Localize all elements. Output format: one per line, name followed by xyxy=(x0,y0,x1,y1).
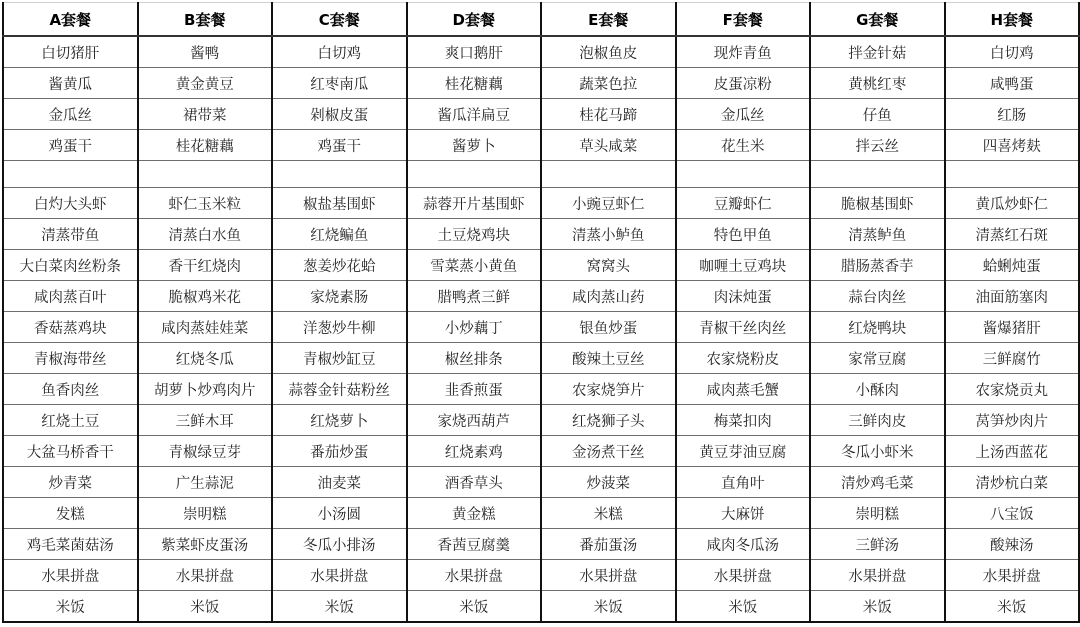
menu-cell-a[interactable]: 大白菜肉丝粉条 xyxy=(3,250,138,281)
menu-cell-e[interactable]: 农家烧笋片 xyxy=(541,374,676,405)
menu-cell-f[interactable]: 直角叶 xyxy=(676,467,811,498)
menu-cell-g[interactable]: 蒜台肉丝 xyxy=(810,281,945,312)
menu-cell-f[interactable]: 米饭 xyxy=(676,591,811,623)
menu-cell-e[interactable]: 窝窝头 xyxy=(541,250,676,281)
table-row: 白切猪肝酱鸭白切鸡爽口鹅肝泡椒鱼皮现炸青鱼拌金针菇白切鸡 xyxy=(3,36,1079,68)
table-row: 青椒海带丝红烧冬瓜青椒炒缸豆椒丝排条酸辣土豆丝农家烧粉皮家常豆腐三鲜腐竹 xyxy=(3,343,1079,374)
menu-cell-g[interactable]: 米饭 xyxy=(810,591,945,623)
menu-cell-e[interactable]: 泡椒鱼皮 xyxy=(541,36,676,68)
menu-cell-c[interactable]: 小汤圆 xyxy=(272,498,407,529)
menu-cell-g[interactable]: 小酥肉 xyxy=(810,374,945,405)
menu-cell-h[interactable]: 水果拼盘 xyxy=(945,560,1080,591)
menu-cell-b[interactable]: 水果拼盘 xyxy=(138,560,273,591)
menu-cell-f[interactable]: 咸肉冬瓜汤 xyxy=(676,529,811,560)
menu-cell-d[interactable]: 红烧素鸡 xyxy=(407,436,542,467)
menu-cell-h[interactable]: 四喜烤麸 xyxy=(945,130,1080,161)
menu-cell-b[interactable]: 三鲜木耳 xyxy=(138,405,273,436)
menu-cell-h[interactable]: 油面筋塞肉 xyxy=(945,281,1080,312)
menu-cell-b[interactable]: 胡萝卜炒鸡肉片 xyxy=(138,374,273,405)
menu-cell-f[interactable]: 黄豆芽油豆腐 xyxy=(676,436,811,467)
menu-cell-h[interactable]: 蛤蜊炖蛋 xyxy=(945,250,1080,281)
menu-cell-e[interactable]: 酸辣土豆丝 xyxy=(541,343,676,374)
table-row: 水果拼盘水果拼盘水果拼盘水果拼盘水果拼盘水果拼盘水果拼盘水果拼盘 xyxy=(3,560,1079,591)
menu-cell-b[interactable]: 米饭 xyxy=(138,591,273,623)
menu-cell-g[interactable]: 三鲜汤 xyxy=(810,529,945,560)
menu-cell-g[interactable]: 腊肠蒸香芋 xyxy=(810,250,945,281)
header-cell-g[interactable]: G套餐 xyxy=(810,3,945,37)
menu-cell-f[interactable]: 咸肉蒸毛蟹 xyxy=(676,374,811,405)
menu-cell-e[interactable]: 桂花马蹄 xyxy=(541,99,676,130)
menu-cell-g[interactable]: 家常豆腐 xyxy=(810,343,945,374)
menu-cell-g[interactable]: 冬瓜小虾米 xyxy=(810,436,945,467)
table-row: 发糕崇明糕小汤圆黄金糕米糕大麻饼崇明糕八宝饭 xyxy=(3,498,1079,529)
table-row: 清蒸带鱼清蒸白水鱼红烧鳊鱼土豆烧鸡块清蒸小鲈鱼特色甲鱼清蒸鲈鱼清蒸红石斑 xyxy=(3,219,1079,250)
menu-cell-d[interactable]: 土豆烧鸡块 xyxy=(407,219,542,250)
table-row: 香菇蒸鸡块咸肉蒸娃娃菜洋葱炒牛柳小炒藕丁银鱼炒蛋青椒干丝肉丝红烧鸭块酱爆猪肝 xyxy=(3,312,1079,343)
table-row: 白灼大头虾虾仁玉米粒椒盐基围虾蒜蓉开片基围虾小豌豆虾仁豆瓣虾仁脆椒基围虾黄瓜炒虾… xyxy=(3,188,1079,219)
menu-cell-h[interactable]: 黄瓜炒虾仁 xyxy=(945,188,1080,219)
menu-cell-f[interactable] xyxy=(676,161,811,188)
table-row: 红烧土豆三鲜木耳红烧萝卜家烧西葫芦红烧狮子头梅菜扣肉三鲜肉皮莴笋炒肉片 xyxy=(3,405,1079,436)
menu-cell-d[interactable]: 蒜蓉开片基围虾 xyxy=(407,188,542,219)
menu-cell-a[interactable]: 米饭 xyxy=(3,591,138,623)
menu-cell-a[interactable]: 青椒海带丝 xyxy=(3,343,138,374)
menu-cell-c[interactable]: 青椒炒缸豆 xyxy=(272,343,407,374)
menu-cell-e[interactable]: 咸肉蒸山药 xyxy=(541,281,676,312)
menu-cell-b[interactable]: 香干红烧肉 xyxy=(138,250,273,281)
menu-cell-b[interactable]: 清蒸白水鱼 xyxy=(138,219,273,250)
menu-cell-g[interactable] xyxy=(810,161,945,188)
menu-cell-g[interactable]: 拌云丝 xyxy=(810,130,945,161)
table-row xyxy=(3,161,1079,188)
table-row: 炒青菜广生蒜泥油麦菜酒香草头炒菠菜直角叶清炒鸡毛菜清炒杭白菜 xyxy=(3,467,1079,498)
menu-cell-b[interactable]: 紫菜虾皮蛋汤 xyxy=(138,529,273,560)
menu-cell-h[interactable]: 农家烧贡丸 xyxy=(945,374,1080,405)
menu-cell-g[interactable]: 拌金针菇 xyxy=(810,36,945,68)
menu-cell-d[interactable]: 水果拼盘 xyxy=(407,560,542,591)
menu-cell-h[interactable]: 三鲜腐竹 xyxy=(945,343,1080,374)
spreadsheet-view: A套餐 B套餐 C套餐 D套餐 E套餐 F套餐 G套餐 H套餐 白切猪肝酱鸭白切… xyxy=(0,0,1080,627)
menu-cell-f[interactable]: 咖喱土豆鸡块 xyxy=(676,250,811,281)
menu-cell-f[interactable]: 豆瓣虾仁 xyxy=(676,188,811,219)
menu-cell-f[interactable]: 农家烧粉皮 xyxy=(676,343,811,374)
menu-cell-a[interactable]: 白灼大头虾 xyxy=(3,188,138,219)
menu-cell-f[interactable]: 梅菜扣肉 xyxy=(676,405,811,436)
menu-cell-b[interactable]: 脆椒鸡米花 xyxy=(138,281,273,312)
menu-cell-c[interactable]: 白切鸡 xyxy=(272,36,407,68)
menu-cell-d[interactable]: 香茜豆腐羹 xyxy=(407,529,542,560)
menu-cell-b[interactable]: 黄金黄豆 xyxy=(138,68,273,99)
header-cell-a[interactable]: A套餐 xyxy=(3,3,138,37)
menu-cell-e[interactable]: 蔬菜色拉 xyxy=(541,68,676,99)
menu-cell-d[interactable]: 雪菜蒸小黄鱼 xyxy=(407,250,542,281)
menu-cell-g[interactable]: 崇明糕 xyxy=(810,498,945,529)
menu-cell-a[interactable]: 红烧土豆 xyxy=(3,405,138,436)
menu-cell-e[interactable]: 草头咸菜 xyxy=(541,130,676,161)
menu-cell-f[interactable]: 肉沫炖蛋 xyxy=(676,281,811,312)
menu-cell-g[interactable]: 黄桃红枣 xyxy=(810,68,945,99)
menu-cell-e[interactable]: 水果拼盘 xyxy=(541,560,676,591)
menu-cell-h[interactable]: 白切鸡 xyxy=(945,36,1080,68)
menu-cell-g[interactable]: 清炒鸡毛菜 xyxy=(810,467,945,498)
menu-cell-e[interactable] xyxy=(541,161,676,188)
menu-cell-c[interactable]: 米饭 xyxy=(272,591,407,623)
menu-cell-g[interactable]: 仔鱼 xyxy=(810,99,945,130)
menu-cell-c[interactable]: 油麦菜 xyxy=(272,467,407,498)
menu-cell-d[interactable]: 桂花糖藕 xyxy=(407,68,542,99)
menu-cell-e[interactable]: 番茄蛋汤 xyxy=(541,529,676,560)
menu-cell-d[interactable]: 家烧西葫芦 xyxy=(407,405,542,436)
menu-cell-d[interactable]: 米饭 xyxy=(407,591,542,623)
menu-cell-b[interactable]: 青椒绿豆芽 xyxy=(138,436,273,467)
menu-cell-b[interactable] xyxy=(138,161,273,188)
menu-cell-h[interactable]: 红肠 xyxy=(945,99,1080,130)
menu-cell-e[interactable]: 米糕 xyxy=(541,498,676,529)
menu-cell-f[interactable]: 现炸青鱼 xyxy=(676,36,811,68)
menu-cell-c[interactable] xyxy=(272,161,407,188)
menu-cell-f[interactable]: 青椒干丝肉丝 xyxy=(676,312,811,343)
table-row: 鸡蛋干桂花糖藕鸡蛋干酱萝卜草头咸菜花生米拌云丝四喜烤麸 xyxy=(3,130,1079,161)
menu-cell-f[interactable]: 花生米 xyxy=(676,130,811,161)
menu-cell-d[interactable]: 小炒藕丁 xyxy=(407,312,542,343)
menu-cell-h[interactable]: 上汤西蓝花 xyxy=(945,436,1080,467)
menu-cell-a[interactable]: 香菇蒸鸡块 xyxy=(3,312,138,343)
menu-cell-b[interactable]: 桂花糖藕 xyxy=(138,130,273,161)
menu-cell-a[interactable]: 大盆马桥香干 xyxy=(3,436,138,467)
menu-cell-a[interactable]: 金瓜丝 xyxy=(3,99,138,130)
menu-cell-c[interactable]: 鸡蛋干 xyxy=(272,130,407,161)
header-cell-e[interactable]: E套餐 xyxy=(541,3,676,37)
menu-cell-d[interactable]: 爽口鹅肝 xyxy=(407,36,542,68)
menu-cell-d[interactable]: 酒香草头 xyxy=(407,467,542,498)
menu-cell-a[interactable]: 鱼香肉丝 xyxy=(3,374,138,405)
menu-cell-c[interactable]: 蒜蓉金针菇粉丝 xyxy=(272,374,407,405)
header-cell-b[interactable]: B套餐 xyxy=(138,3,273,37)
menu-cell-f[interactable]: 特色甲鱼 xyxy=(676,219,811,250)
table-body: 白切猪肝酱鸭白切鸡爽口鹅肝泡椒鱼皮现炸青鱼拌金针菇白切鸡酱黄瓜黄金黄豆红枣南瓜桂… xyxy=(3,36,1079,622)
menu-cell-d[interactable]: 椒丝排条 xyxy=(407,343,542,374)
menu-cell-c[interactable]: 剁椒皮蛋 xyxy=(272,99,407,130)
menu-cell-d[interactable]: 黄金糕 xyxy=(407,498,542,529)
menu-cell-g[interactable]: 脆椒基围虾 xyxy=(810,188,945,219)
menu-cell-a[interactable]: 咸肉蒸百叶 xyxy=(3,281,138,312)
menu-cell-c[interactable]: 水果拼盘 xyxy=(272,560,407,591)
menu-cell-g[interactable]: 红烧鸭块 xyxy=(810,312,945,343)
menu-cell-c[interactable]: 红烧萝卜 xyxy=(272,405,407,436)
menu-cell-d[interactable]: 酱萝卜 xyxy=(407,130,542,161)
table-row: 鸡毛菜菌菇汤紫菜虾皮蛋汤冬瓜小排汤香茜豆腐羹番茄蛋汤咸肉冬瓜汤三鲜汤酸辣汤 xyxy=(3,529,1079,560)
menu-cell-b[interactable]: 裙带菜 xyxy=(138,99,273,130)
menu-cell-a[interactable]: 鸡蛋干 xyxy=(3,130,138,161)
menu-cell-g[interactable]: 水果拼盘 xyxy=(810,560,945,591)
menu-cell-a[interactable] xyxy=(3,161,138,188)
menu-cell-b[interactable]: 广生蒜泥 xyxy=(138,467,273,498)
menu-cell-c[interactable]: 红枣南瓜 xyxy=(272,68,407,99)
menu-cell-c[interactable]: 番茄炒蛋 xyxy=(272,436,407,467)
menu-cell-b[interactable]: 虾仁玉米粒 xyxy=(138,188,273,219)
menu-cell-f[interactable]: 金瓜丝 xyxy=(676,99,811,130)
menu-cell-e[interactable]: 炒菠菜 xyxy=(541,467,676,498)
menu-cell-h[interactable]: 莴笋炒肉片 xyxy=(945,405,1080,436)
set-menu-table: A套餐 B套餐 C套餐 D套餐 E套餐 F套餐 G套餐 H套餐 白切猪肝酱鸭白切… xyxy=(2,2,1080,623)
menu-cell-c[interactable]: 红烧鳊鱼 xyxy=(272,219,407,250)
menu-cell-c[interactable]: 椒盐基围虾 xyxy=(272,188,407,219)
menu-cell-g[interactable]: 三鲜肉皮 xyxy=(810,405,945,436)
menu-cell-e[interactable]: 清蒸小鲈鱼 xyxy=(541,219,676,250)
menu-cell-e[interactable]: 银鱼炒蛋 xyxy=(541,312,676,343)
menu-cell-d[interactable]: 酱瓜洋扁豆 xyxy=(407,99,542,130)
menu-cell-d[interactable] xyxy=(407,161,542,188)
table-row: 大白菜肉丝粉条香干红烧肉葱姜炒花蛤雪菜蒸小黄鱼窝窝头咖喱土豆鸡块腊肠蒸香芋蛤蜊炖… xyxy=(3,250,1079,281)
table-row: 大盆马桥香干青椒绿豆芽番茄炒蛋红烧素鸡金汤煮干丝黄豆芽油豆腐冬瓜小虾米上汤西蓝花 xyxy=(3,436,1079,467)
menu-cell-a[interactable]: 发糕 xyxy=(3,498,138,529)
menu-cell-b[interactable]: 红烧冬瓜 xyxy=(138,343,273,374)
menu-cell-h[interactable]: 八宝饭 xyxy=(945,498,1080,529)
table-row: 酱黄瓜黄金黄豆红枣南瓜桂花糖藕蔬菜色拉皮蛋凉粉黄桃红枣咸鸭蛋 xyxy=(3,68,1079,99)
menu-cell-h[interactable]: 米饭 xyxy=(945,591,1080,623)
menu-cell-e[interactable]: 红烧狮子头 xyxy=(541,405,676,436)
menu-cell-h[interactable]: 清蒸红石斑 xyxy=(945,219,1080,250)
header-cell-h[interactable]: H套餐 xyxy=(945,3,1080,37)
table-row: 金瓜丝裙带菜剁椒皮蛋酱瓜洋扁豆桂花马蹄金瓜丝仔鱼红肠 xyxy=(3,99,1079,130)
menu-cell-c[interactable]: 葱姜炒花蛤 xyxy=(272,250,407,281)
menu-cell-c[interactable]: 冬瓜小排汤 xyxy=(272,529,407,560)
menu-cell-a[interactable]: 白切猪肝 xyxy=(3,36,138,68)
table-row: 鱼香肉丝胡萝卜炒鸡肉片蒜蓉金针菇粉丝韭香煎蛋农家烧笋片咸肉蒸毛蟹小酥肉农家烧贡丸 xyxy=(3,374,1079,405)
menu-cell-b[interactable]: 酱鸭 xyxy=(138,36,273,68)
table-row: 咸肉蒸百叶脆椒鸡米花家烧素肠腊鸭煮三鲜咸肉蒸山药肉沫炖蛋蒜台肉丝油面筋塞肉 xyxy=(3,281,1079,312)
menu-cell-c[interactable]: 洋葱炒牛柳 xyxy=(272,312,407,343)
menu-cell-a[interactable]: 酱黄瓜 xyxy=(3,68,138,99)
menu-cell-e[interactable]: 金汤煮干丝 xyxy=(541,436,676,467)
menu-cell-d[interactable]: 腊鸭煮三鲜 xyxy=(407,281,542,312)
header-row: A套餐 B套餐 C套餐 D套餐 E套餐 F套餐 G套餐 H套餐 xyxy=(3,3,1079,37)
menu-cell-h[interactable]: 酱爆猪肝 xyxy=(945,312,1080,343)
menu-cell-h[interactable]: 酸辣汤 xyxy=(945,529,1080,560)
menu-cell-a[interactable]: 清蒸带鱼 xyxy=(3,219,138,250)
menu-cell-e[interactable]: 米饭 xyxy=(541,591,676,623)
menu-cell-a[interactable]: 炒青菜 xyxy=(3,467,138,498)
menu-cell-c[interactable]: 家烧素肠 xyxy=(272,281,407,312)
header-cell-d[interactable]: D套餐 xyxy=(407,3,542,37)
menu-cell-h[interactable]: 清炒杭白菜 xyxy=(945,467,1080,498)
menu-cell-h[interactable]: 咸鸭蛋 xyxy=(945,68,1080,99)
menu-cell-f[interactable]: 大麻饼 xyxy=(676,498,811,529)
menu-cell-d[interactable]: 韭香煎蛋 xyxy=(407,374,542,405)
menu-cell-a[interactable]: 鸡毛菜菌菇汤 xyxy=(3,529,138,560)
menu-cell-f[interactable]: 水果拼盘 xyxy=(676,560,811,591)
menu-cell-e[interactable]: 小豌豆虾仁 xyxy=(541,188,676,219)
menu-cell-b[interactable]: 崇明糕 xyxy=(138,498,273,529)
table-row: 米饭米饭米饭米饭米饭米饭米饭米饭 xyxy=(3,591,1079,623)
menu-cell-a[interactable]: 水果拼盘 xyxy=(3,560,138,591)
menu-cell-g[interactable]: 清蒸鲈鱼 xyxy=(810,219,945,250)
header-cell-f[interactable]: F套餐 xyxy=(676,3,811,37)
header-cell-c[interactable]: C套餐 xyxy=(272,3,407,37)
menu-cell-h[interactable] xyxy=(945,161,1080,188)
menu-cell-f[interactable]: 皮蛋凉粉 xyxy=(676,68,811,99)
menu-cell-b[interactable]: 咸肉蒸娃娃菜 xyxy=(138,312,273,343)
